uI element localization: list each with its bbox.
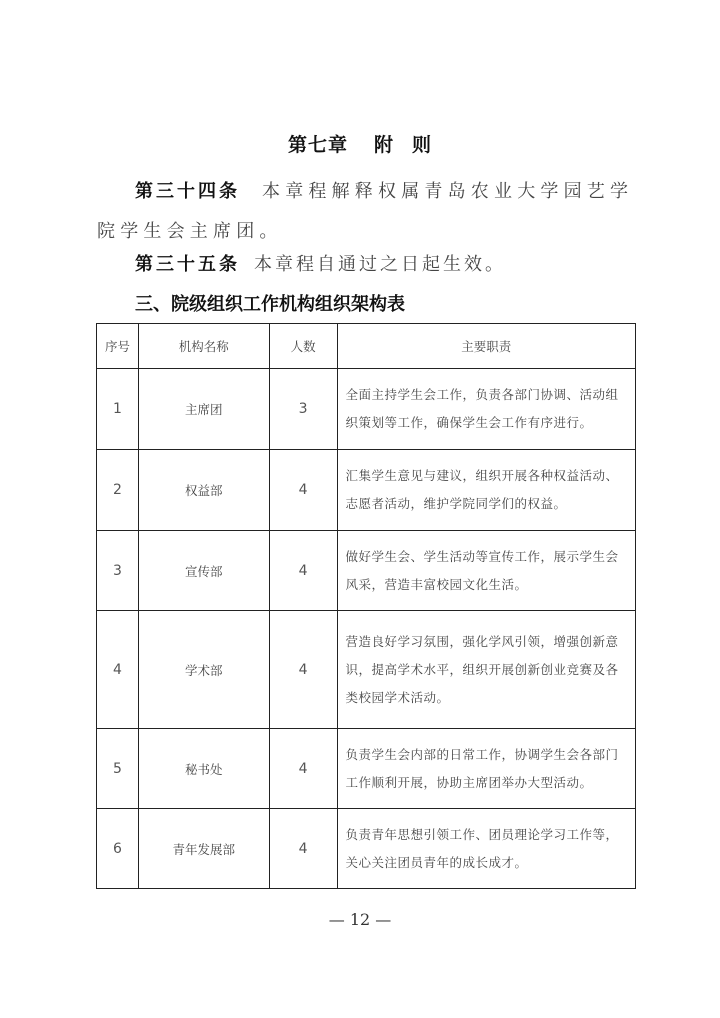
row-name: 学术部 — [138, 611, 269, 729]
row-name: 主席团 — [138, 369, 269, 450]
chapter-name-1: 附 — [374, 134, 394, 156]
row-count: 4 — [269, 729, 337, 809]
row-index: 2 — [97, 450, 139, 531]
row-index: 5 — [97, 729, 139, 809]
row-index: 4 — [97, 611, 139, 729]
row-duty: 负责学生会内部的日常工作，协调学生会各部门工作顺利开展，协助主席团举办大型活动。 — [337, 729, 635, 809]
chapter-number: 第七章 — [288, 134, 348, 156]
table-row: 2 权益部 4 汇集学生意见与建议，组织开展各种权益活动、志愿者活动，维护学院同… — [97, 450, 636, 531]
article-35: 第三十五条本章程自通过之日起生效。 — [97, 245, 642, 285]
row-count: 4 — [269, 450, 337, 531]
row-name: 青年发展部 — [138, 809, 269, 889]
org-structure-table: 序号 机构名称 人数 主要职责 1 主席团 3 全面主持学生会工作，负责各部门协… — [96, 323, 636, 889]
row-name: 权益部 — [138, 450, 269, 531]
table-header-row: 序号 机构名称 人数 主要职责 — [97, 324, 636, 369]
chapter-name-2: 则 — [412, 134, 432, 156]
row-duty: 汇集学生意见与建议，组织开展各种权益活动、志愿者活动，维护学院同学们的权益。 — [337, 450, 635, 531]
section-heading: 三、院级组织工作机构组织架构表 — [135, 290, 405, 320]
row-count: 4 — [269, 809, 337, 889]
table-row: 6 青年发展部 4 负责青年思想引领工作、团员理论学习工作等，关心关注团员青年的… — [97, 809, 636, 889]
article-text: 本章程自通过之日起生效。 — [254, 254, 506, 275]
row-duty: 全面主持学生会工作，负责各部门协调、活动组织策划等工作，确保学生会工作有序进行。 — [337, 369, 635, 450]
table-row: 3 宣传部 4 做好学生会、学生活动等宣传工作，展示学生会风采，营造丰富校园文化… — [97, 531, 636, 611]
article-number: 第三十四条 — [135, 181, 240, 202]
row-name: 宣传部 — [138, 531, 269, 611]
page-number: — 12 — — [0, 910, 720, 929]
header-duty: 主要职责 — [337, 324, 635, 369]
row-count: 4 — [269, 531, 337, 611]
row-duty: 做好学生会、学生活动等宣传工作，展示学生会风采，营造丰富校园文化生活。 — [337, 531, 635, 611]
row-name: 秘书处 — [138, 729, 269, 809]
chapter-title: 第七章附则 — [0, 130, 720, 157]
article-number: 第三十五条 — [135, 254, 240, 275]
header-name: 机构名称 — [138, 324, 269, 369]
row-duty: 负责青年思想引领工作、团员理论学习工作等，关心关注团员青年的成长成才。 — [337, 809, 635, 889]
header-index: 序号 — [97, 324, 139, 369]
row-count: 4 — [269, 611, 337, 729]
header-count: 人数 — [269, 324, 337, 369]
row-index: 1 — [97, 369, 139, 450]
article-34: 第三十四条本章程解释权属青岛农业大学园艺学院学生会主席团。 — [97, 172, 642, 252]
row-index: 3 — [97, 531, 139, 611]
table-row: 4 学术部 4 营造良好学习氛围，强化学风引领，增强创新意识，提高学术水平，组织… — [97, 611, 636, 729]
table-row: 1 主席团 3 全面主持学生会工作，负责各部门协调、活动组织策划等工作，确保学生… — [97, 369, 636, 450]
table-row: 5 秘书处 4 负责学生会内部的日常工作，协调学生会各部门工作顺利开展，协助主席… — [97, 729, 636, 809]
row-count: 3 — [269, 369, 337, 450]
row-duty: 营造良好学习氛围，强化学风引领，增强创新意识，提高学术水平，组织开展创新创业竞赛… — [337, 611, 635, 729]
row-index: 6 — [97, 809, 139, 889]
